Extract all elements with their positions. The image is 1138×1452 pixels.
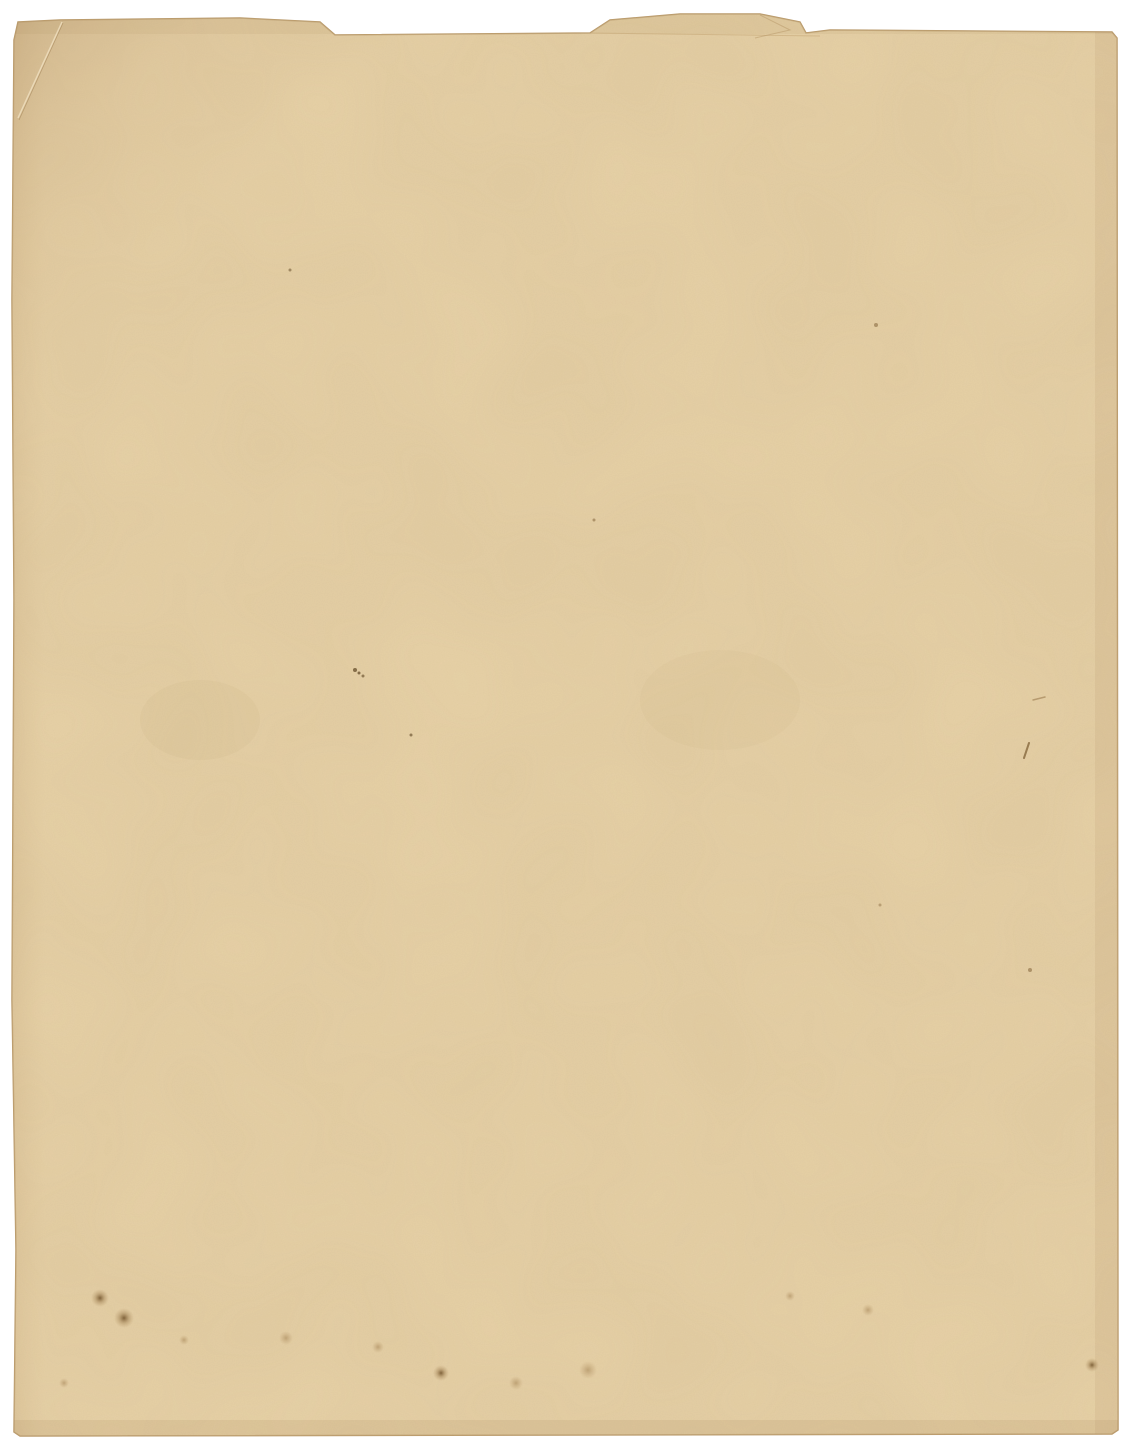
paper-illustration — [0, 0, 1138, 1452]
image-canvas — [0, 0, 1138, 1452]
aged-paper-sheet — [0, 0, 1138, 1452]
